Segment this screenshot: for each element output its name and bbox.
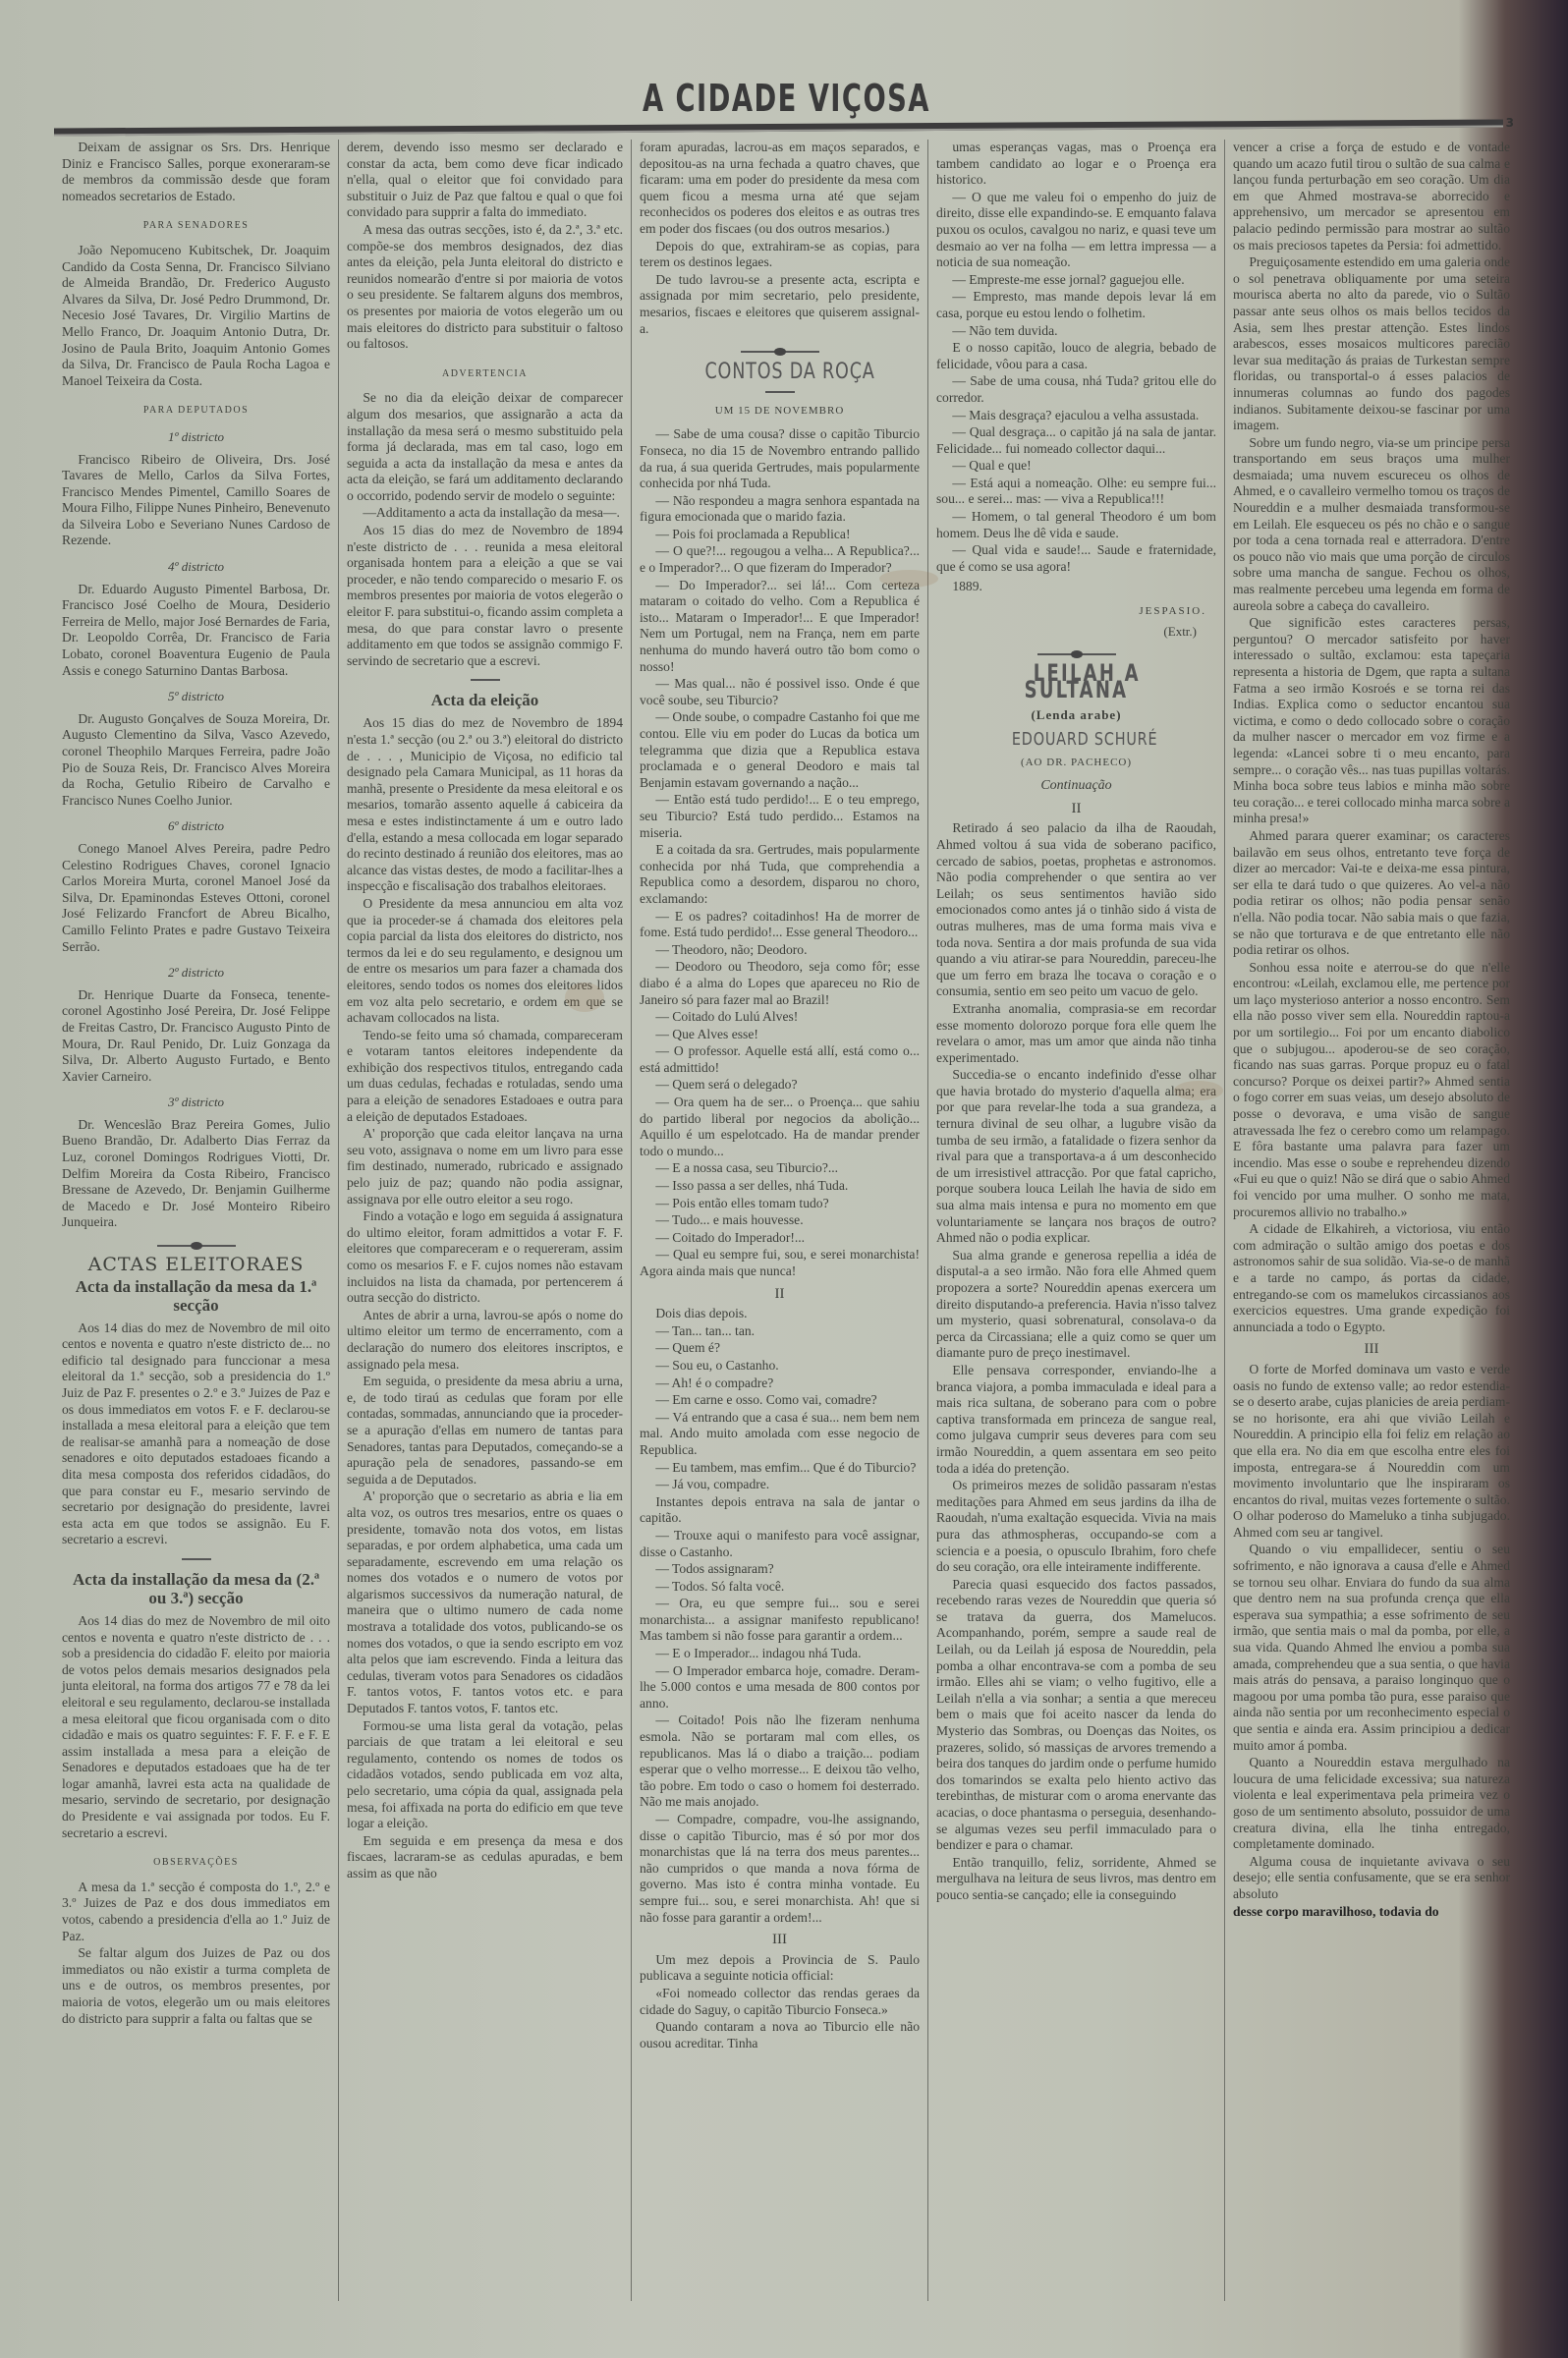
story-line: — Todos. Só falta você. — [640, 1579, 920, 1596]
story-line: — Tudo... e mais houvesse. — [640, 1212, 920, 1229]
leilah-text: Retirado á seo palacio da ilha de Raouda… — [936, 820, 1216, 1903]
story-line: Então tranquillo, feliz, sorridente, Ahm… — [936, 1855, 1216, 1904]
story-line: — Sabe de uma cousa, nhá Tuda? gritou el… — [936, 373, 1216, 406]
story-line: Retirado á seo palacio da ilha de Raouda… — [936, 820, 1216, 1000]
leilah-author: EDOUARD SCHURÉ — [965, 732, 1189, 749]
paragraph: —Additamento a acta da installação da me… — [347, 505, 623, 522]
story-line: — Coitado do Imperador!... — [640, 1230, 920, 1247]
district-candidates: Dr. Eduardo Augusto Pimentel Barbosa, Dr… — [62, 582, 330, 680]
paragraph: Antes de abrir a urna, lavrou-se após o … — [347, 1308, 623, 1373]
ornament-divider — [741, 351, 819, 353]
story-line: Sua alma grande e generosa repellia a id… — [936, 1248, 1216, 1362]
story-line: — Isso passa a ser delles, nhá Tuda. — [640, 1178, 920, 1195]
district-heading: 4º districto — [62, 559, 330, 576]
story-line: E a coitada da sra. Gertrudes, mais popu… — [640, 842, 920, 907]
paragraph: foram apuradas, lacrou-as em maços separ… — [640, 140, 920, 238]
story-line: Extranha anomalia, comprasia-se em recor… — [936, 1001, 1216, 1066]
story-line: Os primeiros mezes de solidão passaram n… — [936, 1478, 1216, 1576]
senadores-heading: PARA SENADORES — [62, 218, 330, 235]
contos-subtitle: UM 15 DE NOVEMBRO — [640, 403, 920, 420]
masthead: A CIDADE VIÇOSA — [54, 77, 1518, 120]
story-line: Um mez depois a Provincia de S. Paulo pu… — [640, 1952, 920, 1985]
story-line: — Empreste-me esse jornal? gaguejou elle… — [936, 272, 1216, 289]
story-part-1: — Sabe de uma cousa? disse o capitão Tib… — [640, 426, 920, 1279]
paragraph: Depois do que, extrahiram-se as copias, … — [640, 239, 920, 271]
story-line: Succedia-se o encanto indefinido d'esse … — [936, 1067, 1216, 1247]
story-line: — Homem, o tal general Theodoro é um bom… — [936, 509, 1216, 541]
story-line: — Em carne e osso. Como vai, comadre? — [640, 1392, 920, 1409]
story-line: — Que Alves esse! — [640, 1027, 920, 1043]
story-line: — Trouxe aqui o manifesto para você assi… — [640, 1528, 920, 1560]
story-line: — Qual e que! — [936, 458, 1216, 475]
story-line: — Tan... tan... tan. — [640, 1323, 920, 1340]
paper-stain — [565, 982, 604, 1012]
paragraph: Preguiçosamente estendido em uma galeria… — [1233, 254, 1510, 434]
story-line: — Theodoro, não; Deodoro. — [640, 942, 920, 959]
paragraph: Sonhou essa noite e aterrou-se do que n'… — [1233, 960, 1510, 1221]
story-line: — Ora, eu que sempre fui... sou e serei … — [640, 1596, 920, 1645]
short-rule — [471, 679, 500, 681]
paragraph: derem, devendo isso mesmo ser declarado … — [347, 140, 623, 221]
story-line: umas esperanças vagas, mas o Proença era… — [936, 140, 1216, 189]
story-line: — Coitado do Lulú Alves! — [640, 1009, 920, 1026]
story-line: — Sabe de uma cousa? disse o capitão Tib… — [640, 426, 920, 491]
paragraph: Sobre um fundo negro, via-se um principe… — [1233, 435, 1510, 615]
story-line: — Compadre, compadre, vou-lhe assignando… — [640, 1812, 920, 1926]
paragraph: A mesa das outras secções, isto é, da 2.… — [347, 222, 623, 353]
column-4: umas esperanças vagas, mas o Proença era… — [928, 140, 1225, 2301]
acta2-text: Aos 14 dias do mez de Novembro de mil oi… — [62, 1613, 330, 1841]
paragraph: Aos 15 dias do mez de Novembro de 1894 n… — [347, 523, 623, 669]
paragraph: Tendo-se feito uma só chamada, comparece… — [347, 1028, 623, 1126]
paragraph: Quanto a Noureddin estava mergulhado na … — [1233, 1755, 1510, 1853]
story-part-2: Dois dias depois.— Tan... tan... tan.— Q… — [640, 1306, 920, 1926]
story-line: — E a nossa casa, seu Tiburcio?... — [640, 1160, 920, 1177]
leilah-continuation: Continuação — [936, 778, 1216, 795]
part-2-numeral: II — [640, 1286, 920, 1303]
acta1-title: Acta da installação da mesa da 1.ª secçã… — [62, 1277, 330, 1315]
story-line: Parecia quasi esquecido dos factos passa… — [936, 1577, 1216, 1854]
story-line: Dois dias depois. — [640, 1306, 920, 1322]
story-continuation: umas esperanças vagas, mas o Proença era… — [936, 140, 1216, 575]
story-line: — Deodoro ou Theodoro, seja como fôr; es… — [640, 959, 920, 1008]
story-line: — Então está tudo perdido!... E o teu em… — [640, 792, 920, 841]
part-3-numeral: III — [640, 1932, 920, 1948]
story-line: — O que me valeu foi o empenho do juiz d… — [936, 190, 1216, 271]
story-line: — Onde soube, o compadre Castanho foi qu… — [640, 709, 920, 791]
district-heading: 1º districto — [62, 429, 330, 446]
section-numeral: III — [1233, 1341, 1510, 1358]
actas-heading: ACTAS ELEITORAES — [62, 1257, 330, 1273]
paper-stain — [1174, 1081, 1223, 1100]
story-line: — Mas qual... não é possivel isso. Onde … — [640, 676, 920, 708]
district-candidates: Francisco Ribeiro de Oliveira, Drs. José… — [62, 452, 330, 550]
district-list: 1º districtoFrancisco Ribeiro de Oliveir… — [62, 429, 330, 1231]
district-candidates: Dr. Augusto Gonçalves de Souza Moreira, … — [62, 711, 330, 810]
advertencia-heading: ADVERTENCIA — [347, 366, 623, 383]
observacao-2: Se faltar algum dos Juizes de Paz ou dos… — [62, 1945, 330, 2027]
paragraph: vencer a crise a força de estudo e de vo… — [1233, 140, 1510, 253]
paragraph: Aos 15 dias do mez de Novembro de 1894 n… — [347, 715, 623, 895]
story-line: — O Imperador embarca hoje, comadre. Der… — [640, 1663, 920, 1712]
short-rule — [765, 391, 795, 393]
acta1-text: Aos 14 dias do mez de Novembro de mil oi… — [62, 1320, 330, 1548]
paragraph: A' proporção que o secretario as abria e… — [347, 1488, 623, 1716]
story-line: — Ora quem ha de ser... o Proença... que… — [640, 1095, 920, 1159]
story-line: — O que?!... regougou a velha... A Repub… — [640, 543, 920, 576]
story-line: — Quem será o delegado? — [640, 1077, 920, 1094]
story-line: — Coitado! Pois não lhe fizeram nenhuma … — [640, 1712, 920, 1811]
paragraph: Alguma cousa de inquietante avivava o se… — [1233, 1854, 1510, 1903]
story-part-3: Um mez depois a Provincia de S. Paulo pu… — [640, 1952, 920, 2052]
ornament-divider — [157, 1245, 236, 1247]
story-line: — Pois então elles tomam tudo? — [640, 1196, 920, 1212]
district-heading: 5º districto — [62, 689, 330, 705]
masthead-rule — [54, 119, 1503, 136]
short-rule — [182, 1558, 211, 1560]
story-line: — O professor. Aquelle está allí, está c… — [640, 1043, 920, 1076]
observacao-1: A mesa da 1.ª secção é composta do 1.º, … — [62, 1880, 330, 1944]
paragraph: Formou-se uma lista geral da votação, pe… — [347, 1718, 623, 1832]
story-line: — Já vou, compadre. — [640, 1477, 920, 1493]
district-heading: 3º districto — [62, 1095, 330, 1111]
observacoes-heading: OBSERVAÇÕES — [62, 1855, 330, 1872]
story-line: — Do Imperador?... sei lá!... Com certez… — [640, 578, 920, 676]
story-line: — Vá entrando que a casa é sua... nem be… — [640, 1410, 920, 1459]
story-line: — Pois foi proclamada a Republica! — [640, 527, 920, 543]
story-line: — Empresto, mas mande depois levar lá em… — [936, 289, 1216, 321]
story-line: Quando contaram a nova ao Tiburcio elle … — [640, 2019, 920, 2051]
story-line: — Quem é? — [640, 1340, 920, 1357]
page-number: 3 — [1506, 116, 1514, 130]
intro-paragraph: Deixam de assignar os Srs. Drs. Henrique… — [62, 140, 330, 204]
district-candidates: Dr. Wenceslão Braz Pereira Gomes, Julio … — [62, 1117, 330, 1231]
contos-title: CONTOS DA ROÇA — [668, 365, 892, 381]
source-note: (Extr.) — [936, 624, 1197, 641]
story-line: — Mais desgraça? ejaculou a velha assust… — [936, 408, 1216, 424]
acta-eleicao-title: Acta da eleição — [347, 691, 623, 709]
senadores-list: João Nepomuceno Kubitschek, Dr. Joaquim … — [62, 243, 330, 389]
ornament-divider — [1037, 653, 1116, 655]
leilah-dedication: (AO DR. PACHECO) — [936, 755, 1216, 771]
story-line: — Qual vida e saude!... Saude e fraterni… — [936, 542, 1216, 575]
column-3: foram apuradas, lacrou-as em maços separ… — [632, 140, 928, 2301]
story-year: 1889. — [936, 579, 1216, 595]
story-line: Instantes depois entrava na sala de jant… — [640, 1494, 920, 1527]
paragraph-ending: desse corpo maravilhoso, todavia do — [1233, 1904, 1510, 1921]
district-candidates: Dr. Henrique Duarte da Fonseca, tenente-… — [62, 987, 330, 1086]
story-line: — Todos assignaram? — [640, 1561, 920, 1578]
story-line: E o nosso capitão, louco de alegria, beb… — [936, 340, 1216, 372]
story-line: — Não tem duvida. — [936, 323, 1216, 340]
paragraph: Em seguida, o presidente da mesa abriu a… — [347, 1374, 623, 1488]
leilah-subtitle: (Lenda arabe) — [936, 707, 1216, 724]
story-line: — Qual desgraça... o capitão já na sala … — [936, 424, 1216, 457]
story-line: — E o Imperador... indagou nhá Tuda. — [640, 1646, 920, 1662]
story-line: — Não respondeu a magra senhora espantad… — [640, 493, 920, 526]
paragraph: Quando o viu empallidecer, sentiu o seu … — [1233, 1542, 1510, 1754]
paragraph: Ahmed parara querer examinar; os caracte… — [1233, 828, 1510, 959]
district-heading: 6º districto — [62, 818, 330, 835]
leilah-title: LEILAH A SULTANA — [972, 665, 1182, 698]
column-1: Deixam de assignar os Srs. Drs. Henrique… — [54, 140, 339, 2301]
paragraph: Se no dia da eleição deixar de comparece… — [347, 390, 623, 504]
paragraph: O forte de Morfed dominava um vasto e ve… — [1233, 1362, 1510, 1542]
story-line: — Eu tambem, mas emfim... Que é do Tibur… — [640, 1460, 920, 1477]
story-line: — Está aqui a nomeação. Olhe: eu sempre … — [936, 476, 1216, 508]
newspaper-page: A CIDADE VIÇOSA 3 Deixam de assignar os … — [54, 0, 1518, 2358]
story-line: — E os padres? coitadinhos! Ha de morrer… — [640, 909, 920, 941]
story-line: «Foi nomeado collector das rendas geraes… — [640, 1986, 920, 2018]
leilah-numeral: II — [936, 801, 1216, 817]
story-line: — Qual eu sempre fui, sou, e serei monar… — [640, 1247, 920, 1279]
deputados-heading: PARA DEPUTADOS — [62, 403, 330, 420]
story-line: — Sou eu, o Castanho. — [640, 1358, 920, 1375]
column-5: vencer a crise a força de estudo e de vo… — [1225, 140, 1518, 2301]
paragraph: A cidade de Elkahireh, a victoriosa, viu… — [1233, 1221, 1510, 1335]
columns: Deixam de assignar os Srs. Drs. Henrique… — [54, 140, 1518, 2301]
acta2-title: Acta da installação da mesa da (2.ª ou 3… — [62, 1570, 330, 1607]
paragraph: Em seguida e em presença da mesa e dos f… — [347, 1833, 623, 1882]
paragraph: Que significão estes caracteres persas, … — [1233, 615, 1510, 827]
paragraph: A' proporção que cada eleitor lançava na… — [347, 1126, 623, 1207]
district-heading: 2º districto — [62, 965, 330, 982]
newspaper-title: A CIDADE VIÇOSA — [643, 77, 930, 120]
district-candidates: Conego Manoel Alves Pereira, padre Pedro… — [62, 841, 330, 955]
paragraph: De tudo lavrou-se a presente acta, escri… — [640, 272, 920, 337]
story-line: Elle pensava corresponder, enviando-lhe … — [936, 1363, 1216, 1477]
paragraph: Findo a votação e logo em seguida á assi… — [347, 1208, 623, 1307]
story-line: — Ah! é o compadre? — [640, 1375, 920, 1392]
author-signature: JESPASIO. — [936, 603, 1206, 620]
column-2: derem, devendo isso mesmo ser declarado … — [339, 140, 632, 2301]
paper-stain — [879, 570, 938, 588]
